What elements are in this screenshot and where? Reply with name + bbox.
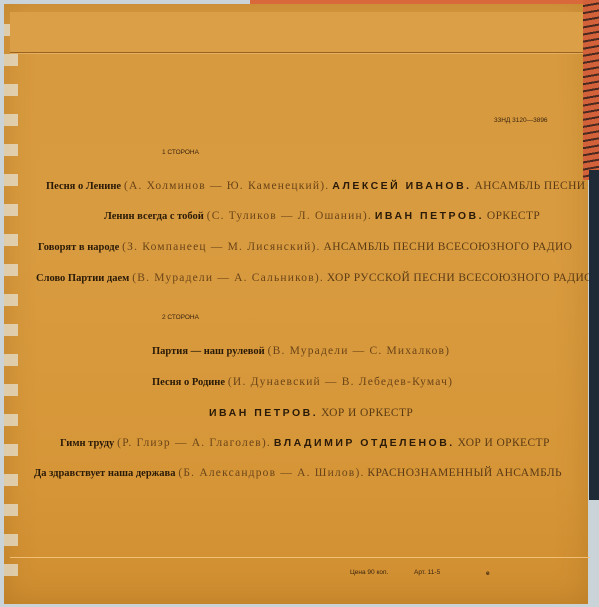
track-title: Говорят в народе (38, 242, 119, 253)
track-row: Песня о Родине (И. Дунаевский — В. Лебед… (152, 376, 453, 388)
track-composers: (В. Мурадели — С. Михалков) (268, 345, 451, 357)
track-composers: (А. Холминов — Ю. Каменецкий). (124, 180, 329, 192)
track-title: Гимн труду (60, 438, 114, 449)
track-ensemble: КРАСНОЗНАМЕННЫЙ АНСАМБЛЬ (367, 467, 562, 479)
track-ensemble: ОРКЕСТР (487, 210, 540, 222)
track-ensemble: АНСАМБЛЬ ПЕСНИ ВСЕСОЮЗНОГО РАДИО (323, 241, 572, 253)
track-composers: (С. Туликов — Л. Ошанин). (207, 210, 372, 222)
mark-label: е (486, 570, 490, 577)
record-sleeve-back: 33НД 3120—3896 1 СТОРОНА Песня о Ленине … (4, 4, 588, 604)
price-label: Цена 90 коп. (350, 569, 388, 576)
track-composers: (Р. Глиэр — А. Глаголев). (117, 437, 271, 449)
track-composers: (И. Дунаевский — В. Лебедев-Кумач) (228, 376, 453, 388)
track-composers: (В. Мурадели — А. Сальников). (132, 272, 324, 284)
track-ensemble: ХОР РУССКОЙ ПЕСНИ ВСЕСОЮЗНОГО РАДИО (327, 272, 593, 284)
track-row: Песня о Ленине (А. Холминов — Ю. Каменец… (46, 180, 586, 192)
track-artist: ИВАН ПЕТРОВ. (209, 407, 318, 419)
track-title: Песня о Родине (152, 377, 225, 388)
sleeve-dark-edge (589, 170, 599, 500)
track-ensemble: ХОР И ОРКЕСТР (321, 407, 413, 419)
side2-label: 2 СТОРОНА (162, 314, 199, 321)
track-title: Да здравствует наша держава (34, 468, 175, 479)
track-row: Слово Партии даем (В. Мурадели — А. Саль… (36, 272, 593, 284)
track-title: Партия — наш рулевой (152, 346, 265, 357)
track-row: ИВАН ПЕТРОВ. ХОР И ОРКЕСТР (209, 407, 413, 419)
track-title: Песня о Ленине (46, 181, 121, 192)
side1-label: 1 СТОРОНА (162, 149, 199, 156)
track-composers: (З. Компанеец — М. Лисянский). (122, 241, 320, 253)
track-ensemble: АНСАМБЛЬ ПЕСНИ (474, 180, 585, 192)
track-row: Ленин всегда с тобой (С. Туликов — Л. Ош… (104, 210, 540, 222)
sleeve-striped-edge (583, 0, 599, 180)
track-row: Гимн труду (Р. Глиэр — А. Глаголев). ВЛА… (60, 437, 550, 449)
track-title: Слово Партии даем (36, 273, 129, 284)
top-flap (10, 12, 588, 53)
catalog-number: 33НД 3120—3896 (494, 117, 548, 124)
track-artist: ИВАН ПЕТРОВ. (375, 210, 484, 222)
bottom-fold (10, 557, 590, 558)
track-artist: АЛЕКСЕЙ ИВАНОВ. (332, 180, 471, 192)
track-ensemble: ХОР И ОРКЕСТР (458, 437, 550, 449)
worn-edge (4, 24, 18, 584)
track-row: Партия — наш рулевой (В. Мурадели — С. М… (152, 345, 450, 357)
track-row: Да здравствует наша держава (Б. Александ… (34, 467, 562, 479)
article-label: Арт. 11-5 (414, 569, 440, 576)
track-artist: ВЛАДИМИР ОТДЕЛЕНОВ. (274, 437, 455, 449)
track-title: Ленин всегда с тобой (104, 211, 204, 222)
track-row: Говорят в народе (З. Компанеец — М. Лися… (38, 241, 572, 253)
track-composers: (Б. Александров — А. Шилов). (178, 467, 364, 479)
